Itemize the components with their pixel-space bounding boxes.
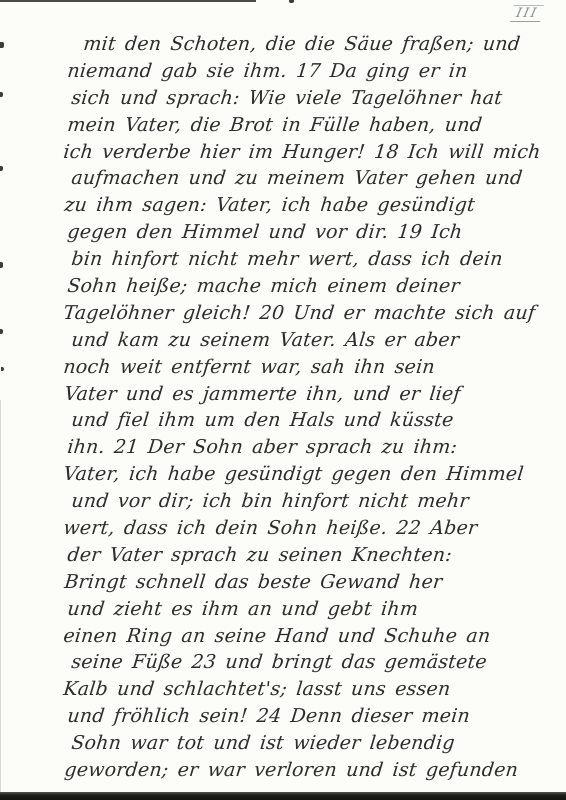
handwritten-line: Tagelöhner gleich! 20 Und er machte sich… xyxy=(62,300,545,327)
scan-artifact-bottom-edge xyxy=(0,792,566,800)
handwritten-line: der Vater sprach zu seinen Knechten: xyxy=(66,542,545,569)
handwritten-line: wert, dass ich dein Sohn heiße. 22 Aber xyxy=(62,515,545,542)
handwritten-line: niemand gab sie ihm. 17 Da ging er in xyxy=(66,58,545,85)
scan-speck xyxy=(0,92,3,97)
handwritten-line: mit den Schoten, die die Säue fraßen; un… xyxy=(62,31,545,58)
handwritten-line: noch weit entfernt war, sah ihn sein xyxy=(62,354,545,381)
handwritten-line: einen Ring an seine Hand und Schuhe an xyxy=(62,623,545,650)
handwritten-line: und zieht es ihm an und gebt ihm xyxy=(66,596,545,623)
handwritten-line: bin hinfort nicht mehr wert, dass ich de… xyxy=(70,246,545,273)
handwritten-line: aufmachen und zu meinem Vater gehen und xyxy=(70,165,545,192)
scan-speck xyxy=(0,166,3,171)
handwritten-line: gegen den Himmel und vor dir. 19 Ich xyxy=(66,219,545,246)
handwritten-line: ihn. 21 Der Sohn aber sprach zu ihm: xyxy=(66,434,545,461)
scan-artifact-top-edge xyxy=(0,0,256,2)
scan-speck xyxy=(0,262,3,268)
handwritten-line: zu ihm sagen: Vater, ich habe gesündigt xyxy=(63,192,545,219)
handwritten-line: und vor dir; ich bin hinfort nicht mehr xyxy=(70,488,545,515)
scan-artifact-left-edge xyxy=(0,400,1,792)
handwritten-line: ich verderbe hier im Hunger! 18 Ich will… xyxy=(62,139,545,166)
scanned-document-page: III mit den Schoten, die die Säue fraßen… xyxy=(0,0,566,800)
handwritten-line: und fiel ihm um den Hals und küsste xyxy=(70,407,545,434)
scan-artifact-top-dot xyxy=(289,0,294,3)
handwritten-line: Sohn heiße; mache mich einem deiner xyxy=(66,273,545,300)
handwritten-line: Vater, ich habe gesündigt gegen den Himm… xyxy=(62,461,545,488)
scan-speck xyxy=(0,329,3,334)
handwritten-line: Sohn war tot und ist wieder lebendig xyxy=(70,730,545,757)
handwritten-line: und kam zu seinem Vater. Als er aber xyxy=(70,327,545,354)
handwritten-line: und fröhlich sein! 24 Denn dieser mein xyxy=(66,703,545,730)
handwritten-line: Vater und es jammerte ihn, und er lief xyxy=(63,381,545,408)
handwritten-line: geworden; er war verloren und ist gefund… xyxy=(63,757,545,784)
handwritten-line: sich und sprach: Wie viele Tagelöhner ha… xyxy=(70,85,545,112)
handwritten-line: seine Füße 23 und bringt das gemästete xyxy=(70,649,545,676)
scan-speck xyxy=(0,42,4,48)
handwritten-line: Kalb und schlachtet's; lasst uns essen xyxy=(62,676,545,703)
handwritten-line: mein Vater, die Brot in Fülle haben, und xyxy=(66,112,545,139)
scan-speck xyxy=(1,367,4,371)
page-number: III xyxy=(510,5,544,22)
handwritten-line: Bringt schnell das beste Gewand her xyxy=(63,569,545,596)
handwritten-text-block: mit den Schoten, die die Säue fraßen; un… xyxy=(62,31,542,784)
